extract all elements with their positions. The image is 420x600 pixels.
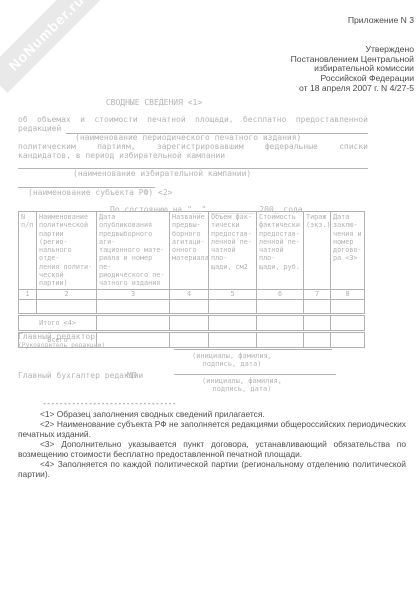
document-page: NoNumber.ru Приложение N 3 Утверждено По… xyxy=(0,0,420,600)
table-cell-empty xyxy=(170,299,209,313)
intro-line: кандидатов, в период избирательной кампа… xyxy=(18,152,368,161)
table-cell-empty xyxy=(257,315,304,330)
col-header-pub-date: Дата опубликования предвыборного аги- та… xyxy=(97,212,170,290)
table-cell-empty xyxy=(304,315,331,330)
footnote: <3> Дополнительно указывается пункт дого… xyxy=(18,439,406,459)
column-number: 2 xyxy=(37,289,97,299)
column-numbers-row: 1 2 3 4 5 6 7 8 xyxy=(19,289,365,299)
subject-blank-line xyxy=(18,179,155,188)
table-cell-empty xyxy=(304,299,331,313)
table-cell-empty xyxy=(257,332,304,347)
table-header-row: N п/п Наименование политической партии (… xyxy=(19,212,365,290)
intro-line: редакцией xyxy=(18,125,61,134)
table-cell-empty xyxy=(37,299,97,313)
column-number: 5 xyxy=(209,289,257,299)
table-cell-empty xyxy=(331,315,365,330)
signature-caption-line: подпись, дата) xyxy=(176,360,288,368)
document-title: СВОДНЫЕ СВЕДЕНИЯ <1> xyxy=(18,99,368,108)
signature-caption-line: подпись, дата) xyxy=(186,385,298,393)
itogo-label: Итого <4> xyxy=(19,315,97,330)
empty-data-row xyxy=(19,299,365,313)
table-cell-empty xyxy=(97,332,170,347)
signature-caption-line: (инициалы, фамилия, xyxy=(186,377,298,385)
table-cell-empty xyxy=(331,299,365,313)
accountant-label: Главный бухгалтер редакции xyxy=(18,371,143,380)
col-header-material-name: Название предвы- борного агитаци- онного… xyxy=(170,212,209,290)
campaign-caption: (наименование избирательной кампании) xyxy=(73,170,368,179)
accountant-signature-caption: (инициалы, фамилия, подпись, дата) xyxy=(186,377,298,393)
document-intro: СВОДНЫЕ СВЕДЕНИЯ <1> об объемах и стоимо… xyxy=(18,99,368,215)
watermark-ribbon: NoNumber.ru xyxy=(0,0,106,93)
column-number: 4 xyxy=(170,289,209,299)
table-cell-empty xyxy=(209,315,257,330)
intro-line: об объемах и стоимости печатной площади,… xyxy=(18,116,368,125)
col-header-area: Объем фак- тически предостав- ленной пе-… xyxy=(209,212,257,290)
col-header-contract: Дата заклю- чения и номер догово- ра <3> xyxy=(331,212,365,290)
table-cell-empty xyxy=(209,299,257,313)
col-header-party: Наименование политической партии (регио-… xyxy=(37,212,97,290)
column-number: 1 xyxy=(19,289,37,299)
footnote: <1> Образец заполнения сводных сведений … xyxy=(18,409,406,419)
approval-header: Приложение N 3 Утверждено Постановлением… xyxy=(291,16,414,94)
table-cell-empty xyxy=(257,299,304,313)
col-header-cost: Стоимость фактически предостав- ленной п… xyxy=(257,212,304,290)
table-cell-empty xyxy=(97,299,170,313)
stamp-placeholder: МП xyxy=(127,371,137,380)
col-header-circulation: Тираж (экз.) xyxy=(304,212,331,290)
appendix-number: Приложение N 3 xyxy=(291,16,414,26)
column-number: 3 xyxy=(97,289,170,299)
footnotes-divider: -------------------------------- xyxy=(43,398,177,408)
table-cell-empty xyxy=(97,315,170,330)
summary-table-main: N п/п Наименование политической партии (… xyxy=(18,211,365,314)
approval-line: от 18 апреля 2007 г. N 4/27-5 xyxy=(291,84,414,94)
column-number: 7 xyxy=(304,289,331,299)
editor-signature-caption: (инициалы, фамилия, подпись, дата) xyxy=(176,352,288,368)
table-cell-empty xyxy=(170,332,209,347)
footnote: <2> Наименование субъекта РФ не заполняе… xyxy=(18,419,406,439)
column-number: 6 xyxy=(257,289,304,299)
vsego-row: Всего xyxy=(19,332,365,347)
footnotes-block: <1> Образец заполнения сводных сведений … xyxy=(18,409,406,479)
subject-caption: (наименование субъекта РФ) <2> xyxy=(28,189,368,198)
footnote: <4> Заполняется по каждой политической п… xyxy=(18,459,406,479)
itogo-row: Итого <4> xyxy=(19,315,365,330)
table-cell-empty xyxy=(209,332,257,347)
summary-table: N п/п Наименование политической партии (… xyxy=(18,211,365,348)
table-cell-empty xyxy=(170,315,209,330)
vsego-row-table: Всего xyxy=(18,332,365,348)
table-cell-empty xyxy=(304,332,331,347)
table-cell-empty xyxy=(19,299,37,313)
col-header-num: N п/п xyxy=(19,212,37,290)
watermark-text: NoNumber.ru xyxy=(5,0,87,73)
table-cell-empty xyxy=(331,332,365,347)
itogo-row-table: Итого <4> xyxy=(18,315,365,331)
column-number: 8 xyxy=(331,289,365,299)
signature-caption-line: (инициалы, фамилия, xyxy=(176,352,288,360)
accountant-signature-line xyxy=(174,358,336,375)
vsego-label: Всего xyxy=(19,332,97,347)
